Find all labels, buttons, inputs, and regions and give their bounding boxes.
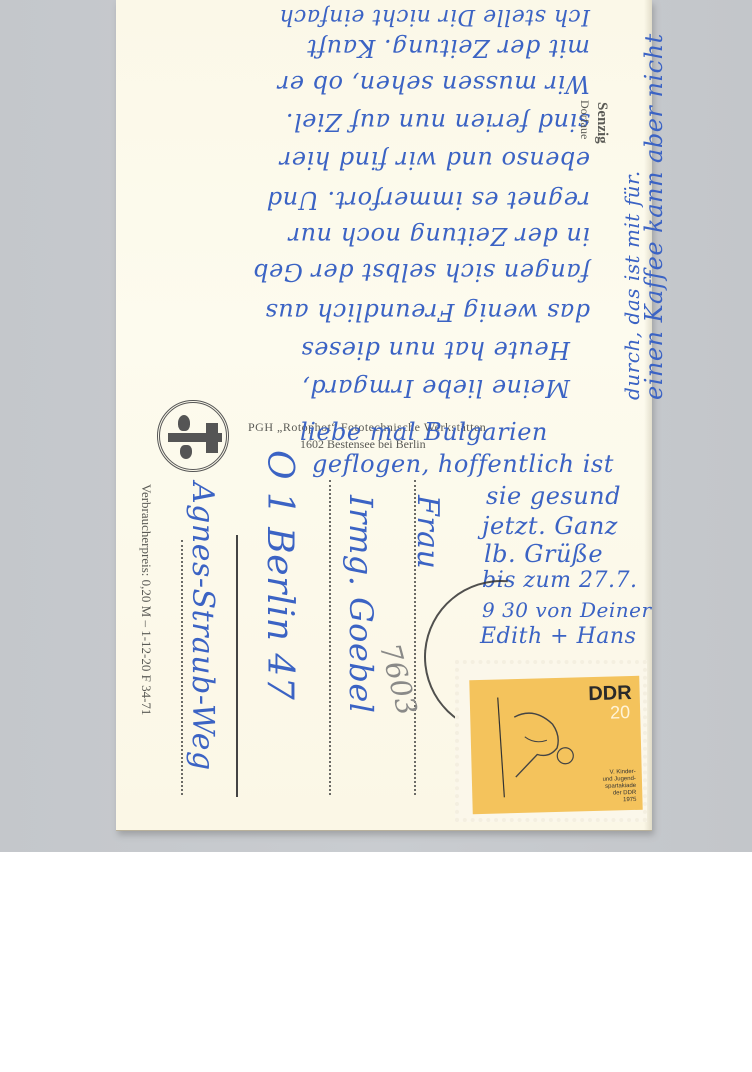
message-line: lb. Grüße	[484, 540, 603, 568]
caption-subtitle: Dorfaue	[577, 100, 592, 139]
message-line: sind ferien nun auf Ziel.	[120, 108, 590, 136]
address-line-4: Agnes-Straub-Weg	[185, 482, 220, 771]
address-line-3: O 1 Berlin 47	[259, 450, 300, 700]
address-line-1: Frau	[410, 495, 445, 569]
stamp-value: 20	[610, 702, 631, 724]
message-line: sie gesund	[486, 482, 621, 510]
high-jumper-icon	[494, 695, 587, 797]
rotophot-wreath-logo-icon	[157, 400, 229, 472]
message-line: regnet es immerfort. Und	[120, 186, 590, 214]
stamp-caption: V. Kinder- und Jugend- spartakiade der D…	[602, 769, 636, 805]
address-dotted-line	[181, 540, 183, 795]
message-line: ebenso und wir find hier	[120, 146, 590, 174]
address-solid-line	[236, 535, 238, 797]
message-line: jetzt. Ganz	[482, 512, 618, 540]
message-line: Meine liebe Irmgard,	[150, 374, 570, 402]
postage-stamp: DDR 20 V. Kinder- und Jugend- spartakiad…	[455, 660, 647, 822]
message-side-line: einen Kaffee kann aber nicht	[640, 10, 668, 400]
price-line: Verbraucherpreis: 0,20 M – 1-12-20 F 34-…	[138, 484, 154, 715]
message-line: Ich stelle Dir nicht einfach	[120, 4, 590, 29]
address-dotted-line	[329, 480, 331, 795]
message-line: liebe mal Bulgarien	[300, 418, 548, 446]
message-line: das wenig Freundlich aus	[120, 298, 590, 326]
message-line: Wir mussen sehen, ob er	[120, 70, 590, 98]
message-line: in der Zeitung noch nur	[120, 222, 590, 250]
caption-title: Senzig	[593, 102, 610, 144]
message-side-line: durch, das ist mit für.	[620, 10, 644, 400]
stamp-face: DDR 20 V. Kinder- und Jugend- spartakiad…	[469, 676, 642, 814]
address-line-2: Irmg. Goebel	[342, 495, 380, 714]
message-line: geflogen, hoffentlich ist	[312, 450, 614, 478]
message-line: mit der Zeitung. Kauft	[120, 34, 590, 62]
message-line: Heute hat nun dieses	[150, 336, 570, 364]
message-line: fangen sich selbst der Geb	[120, 258, 590, 286]
